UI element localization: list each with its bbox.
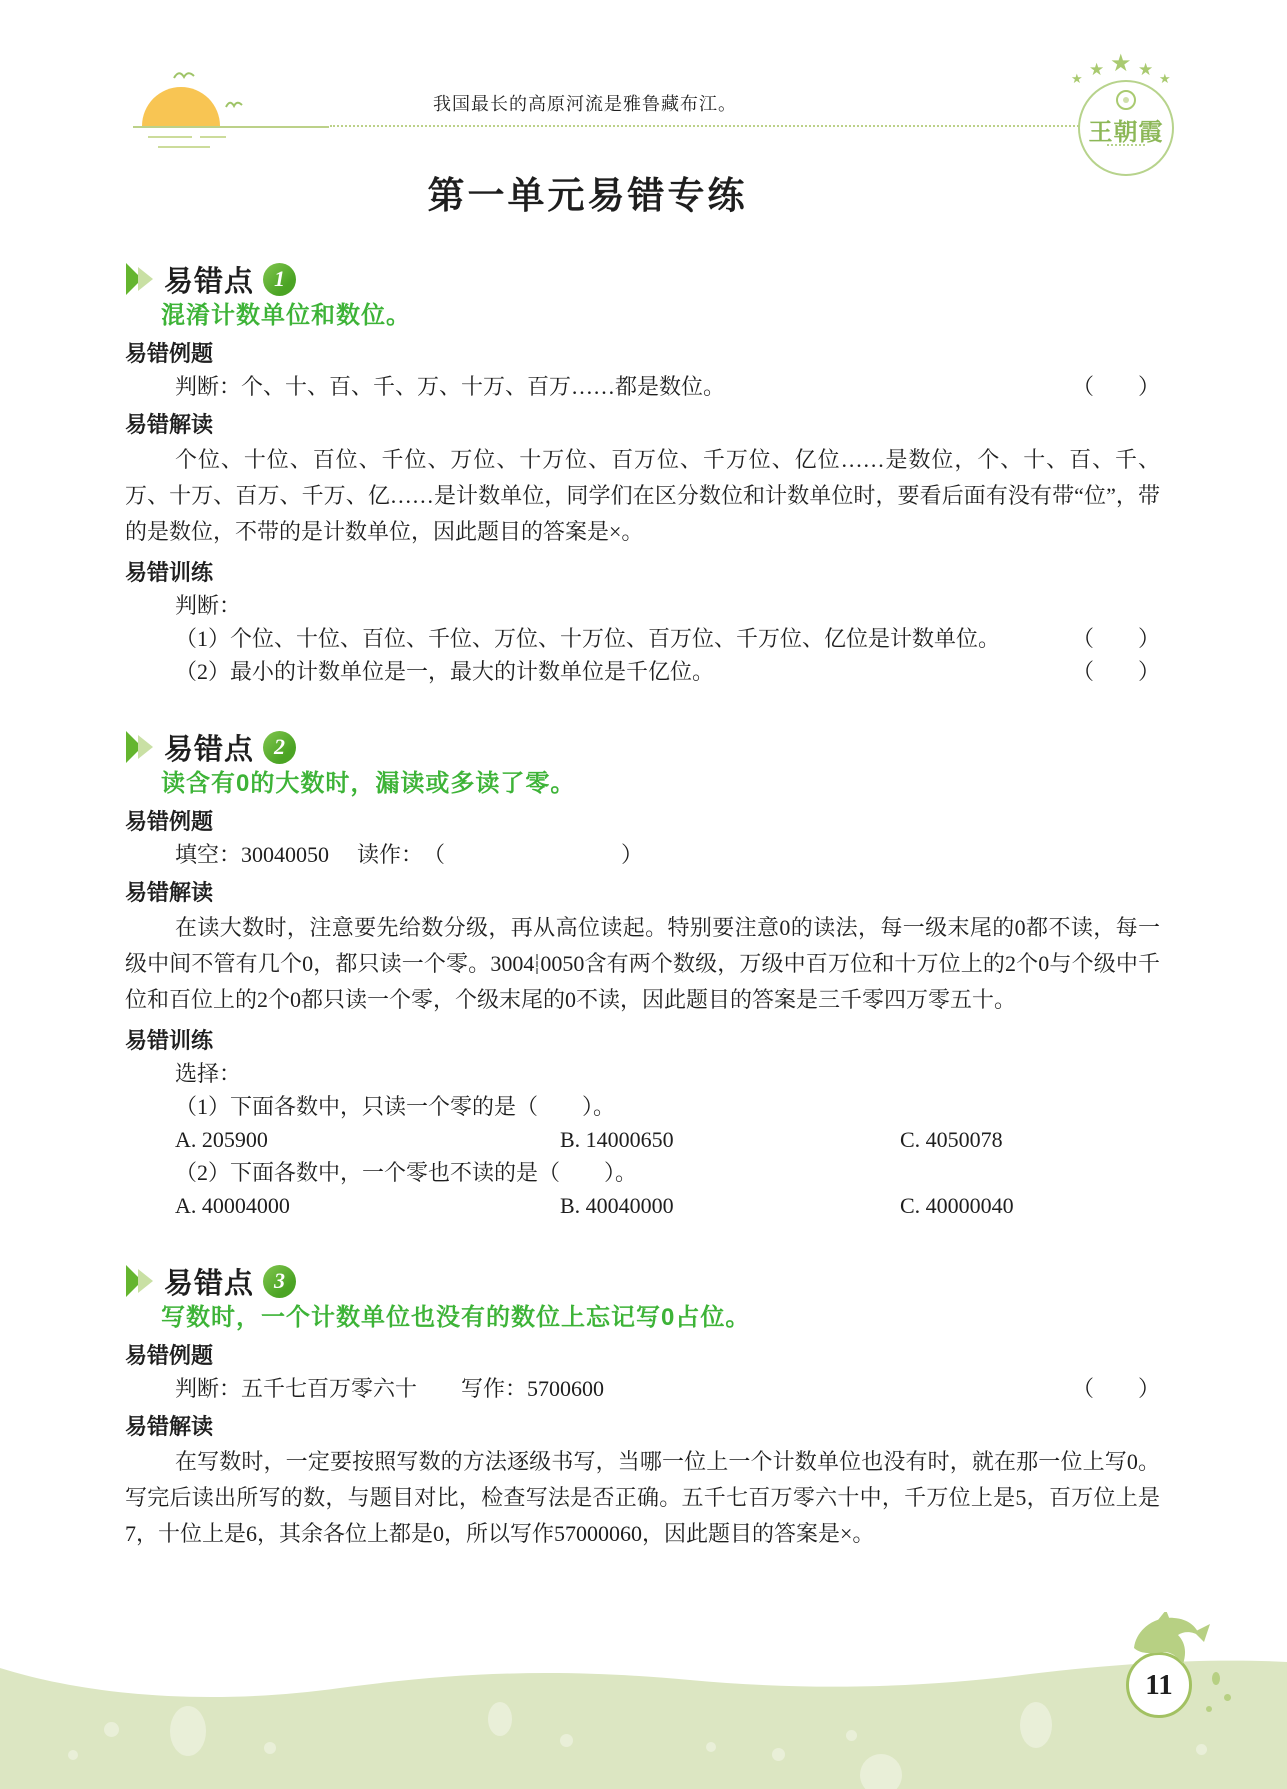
- footer-wave: [0, 1644, 1287, 1789]
- star-icon: ★: [1071, 72, 1083, 85]
- example-question: 判断：五千七百万零六十 写作：5700600 （ ）: [125, 1373, 1160, 1404]
- bubble-decoration: [68, 1750, 78, 1760]
- example-question-text: 填空：30040050: [175, 839, 329, 870]
- option-a: A. 40004000: [175, 1190, 560, 1221]
- droplet-decoration: [1206, 1706, 1212, 1712]
- explain-text: 在读大数时，注意要先给数分级，再从高位读起。特别要注意0的读法，每一级末尾的0都…: [125, 910, 1160, 1018]
- page-title: 第一单元易错专练: [125, 165, 1160, 219]
- train-item-text: （1）个位、十位、百位、千位、万位、十万位、百万位、千万位、亿位是计数单位。: [175, 623, 1000, 654]
- example-read-label: 读作：: [357, 839, 423, 870]
- explain-label: 易错解读: [125, 880, 1160, 906]
- options-row-2: A. 40004000 B. 40040000 C. 40000040: [125, 1190, 1160, 1221]
- dolphin-icon: [1128, 1612, 1212, 1676]
- example-question: 填空：30040050 读作： （ ）: [125, 839, 1160, 870]
- bubble-decoration: [170, 1706, 206, 1756]
- point-3-subtitle: 写数时，一个计数单位也没有的数位上忘记写0占位。: [161, 1303, 1160, 1333]
- bubble-decoration: [1020, 1702, 1052, 1748]
- level-number-b: 0050: [540, 951, 584, 976]
- point-number-badge: 2: [263, 731, 296, 764]
- train-type: 判断：: [125, 590, 1160, 621]
- point-number-badge: 3: [263, 1265, 296, 1298]
- train-question-text: （1）下面各数中，只读一个零的是（ ）。: [175, 1091, 615, 1122]
- point-number-badge: 1: [263, 263, 296, 296]
- bubble-decoration: [488, 1702, 512, 1736]
- bubble-decoration: [264, 1742, 276, 1754]
- bubble-decoration: [706, 1742, 716, 1752]
- water-line: [148, 136, 192, 138]
- star-icon: ★: [1138, 61, 1153, 78]
- option-b: B. 14000650: [560, 1124, 900, 1155]
- spacer: [329, 839, 357, 870]
- example-question-text: 判断：五千七百万零六十 写作：5700600: [175, 1373, 604, 1404]
- page-content: 第一单元易错专练 易错点 1 混淆计数单位和数位。 易错例题 判断：个、十、百、…: [125, 155, 1160, 1554]
- section-point-1: 易错点 1 混淆计数单位和数位。 易错例题 判断：个、十、百、千、万、十万、百万…: [125, 261, 1160, 687]
- example-label: 易错例题: [125, 1343, 1160, 1369]
- section-point-2: 易错点 2 读含有0的大数时，漏读或多读了零。 易错例题 填空：30040050…: [125, 729, 1160, 1221]
- option-a: A. 205900: [175, 1124, 560, 1155]
- example-question: 判断：个、十、百、千、万、十万、百万……都是数位。 （ ）: [125, 371, 1160, 402]
- bubble-decoration: [772, 1748, 785, 1761]
- bubble-decoration: [846, 1730, 857, 1741]
- train-type-text: 判断：: [175, 590, 241, 621]
- chevron-icon: [125, 262, 155, 296]
- bubble-decoration: [1196, 1744, 1207, 1755]
- explain-label: 易错解读: [125, 412, 1160, 438]
- option-b: B. 40040000: [560, 1190, 900, 1221]
- header-dotted-rule: [330, 125, 1118, 127]
- star-icon: ★: [1110, 52, 1132, 76]
- horizon-line: [133, 126, 329, 128]
- water-line: [158, 146, 210, 148]
- bubble-decoration: [104, 1722, 119, 1737]
- bubble-decoration: [860, 1754, 902, 1789]
- answer-blank: （ ）: [1072, 623, 1160, 654]
- point-2-heading: 易错点 2: [125, 729, 1160, 765]
- logo-emblem-icon: [1116, 90, 1136, 110]
- explain-label: 易错解读: [125, 1414, 1160, 1440]
- logo-decoration: [1107, 144, 1145, 146]
- train-label: 易错训练: [125, 560, 1160, 586]
- explain-text: 个位、十位、百位、千位、万位、十万位、百万位、千万位、亿位……是数位，个、十、百…: [125, 442, 1160, 550]
- train-question-1: （1）下面各数中，只读一个零的是（ ）。: [125, 1091, 1160, 1122]
- bird-icon: [172, 68, 196, 80]
- star-icon: ★: [1089, 61, 1104, 78]
- train-label: 易错训练: [125, 1028, 1160, 1054]
- chevron-icon: [125, 1264, 155, 1298]
- example-label: 易错例题: [125, 809, 1160, 835]
- point-1-subtitle: 混淆计数单位和数位。: [161, 301, 1160, 331]
- section-point-3: 易错点 3 写数时，一个计数单位也没有的数位上忘记写0占位。 易错例题 判断：五…: [125, 1263, 1160, 1552]
- level-number-a: 3004: [490, 951, 534, 976]
- chevron-icon: [125, 730, 155, 764]
- answer-blank: （ ）: [1072, 1373, 1160, 1404]
- droplet-decoration: [1224, 1694, 1231, 1701]
- point-3-heading: 易错点 3: [125, 1263, 1160, 1299]
- answer-blank: （ ）: [423, 839, 643, 870]
- option-c: C. 4050078: [900, 1124, 1160, 1155]
- example-label: 易错例题: [125, 341, 1160, 367]
- train-item-2: （2）最小的计数单位是一，最大的计数单位是千亿位。 （ ）: [125, 656, 1160, 687]
- point-name: 易错点: [164, 259, 254, 300]
- answer-blank: （ ）: [1072, 371, 1160, 402]
- train-item-1: （1）个位、十位、百位、千位、万位、十万位、百万位、千万位、亿位是计数单位。 （…: [125, 623, 1160, 654]
- point-name: 易错点: [164, 727, 254, 768]
- train-item-text: （2）最小的计数单位是一，最大的计数单位是千亿位。: [175, 656, 714, 687]
- water-line: [200, 136, 226, 138]
- point-name: 易错点: [164, 1261, 254, 1302]
- answer-blank: （ ）: [1072, 656, 1160, 687]
- logo-brand-name: 王朝霞: [1080, 112, 1172, 147]
- bubble-decoration: [560, 1734, 573, 1747]
- example-question-text: 判断：个、十、百、千、万、十万、百万……都是数位。: [175, 371, 725, 402]
- train-type: 选择：: [125, 1058, 1160, 1089]
- level-divider: [536, 954, 538, 974]
- droplet-decoration: [1212, 1672, 1220, 1685]
- train-question-text: （2）下面各数中，一个零也不读的是（ ）。: [175, 1157, 637, 1188]
- train-type-text: 选择：: [175, 1058, 241, 1089]
- option-c: C. 40000040: [900, 1190, 1160, 1221]
- star-icon: ★: [1159, 72, 1171, 85]
- explain-text: 在写数时，一定要按照写数的方法逐级书写，当哪一位上一个计数单位也没有时，就在那一…: [125, 1444, 1160, 1552]
- header-motto: 我国最长的高原河流是雅鲁藏布江。: [180, 90, 990, 116]
- options-row-1: A. 205900 B. 14000650 C. 4050078: [125, 1124, 1160, 1155]
- point-1-heading: 易错点 1: [125, 261, 1160, 297]
- point-2-subtitle: 读含有0的大数时，漏读或多读了零。: [161, 769, 1160, 799]
- train-question-2: （2）下面各数中，一个零也不读的是（ ）。: [125, 1157, 1160, 1188]
